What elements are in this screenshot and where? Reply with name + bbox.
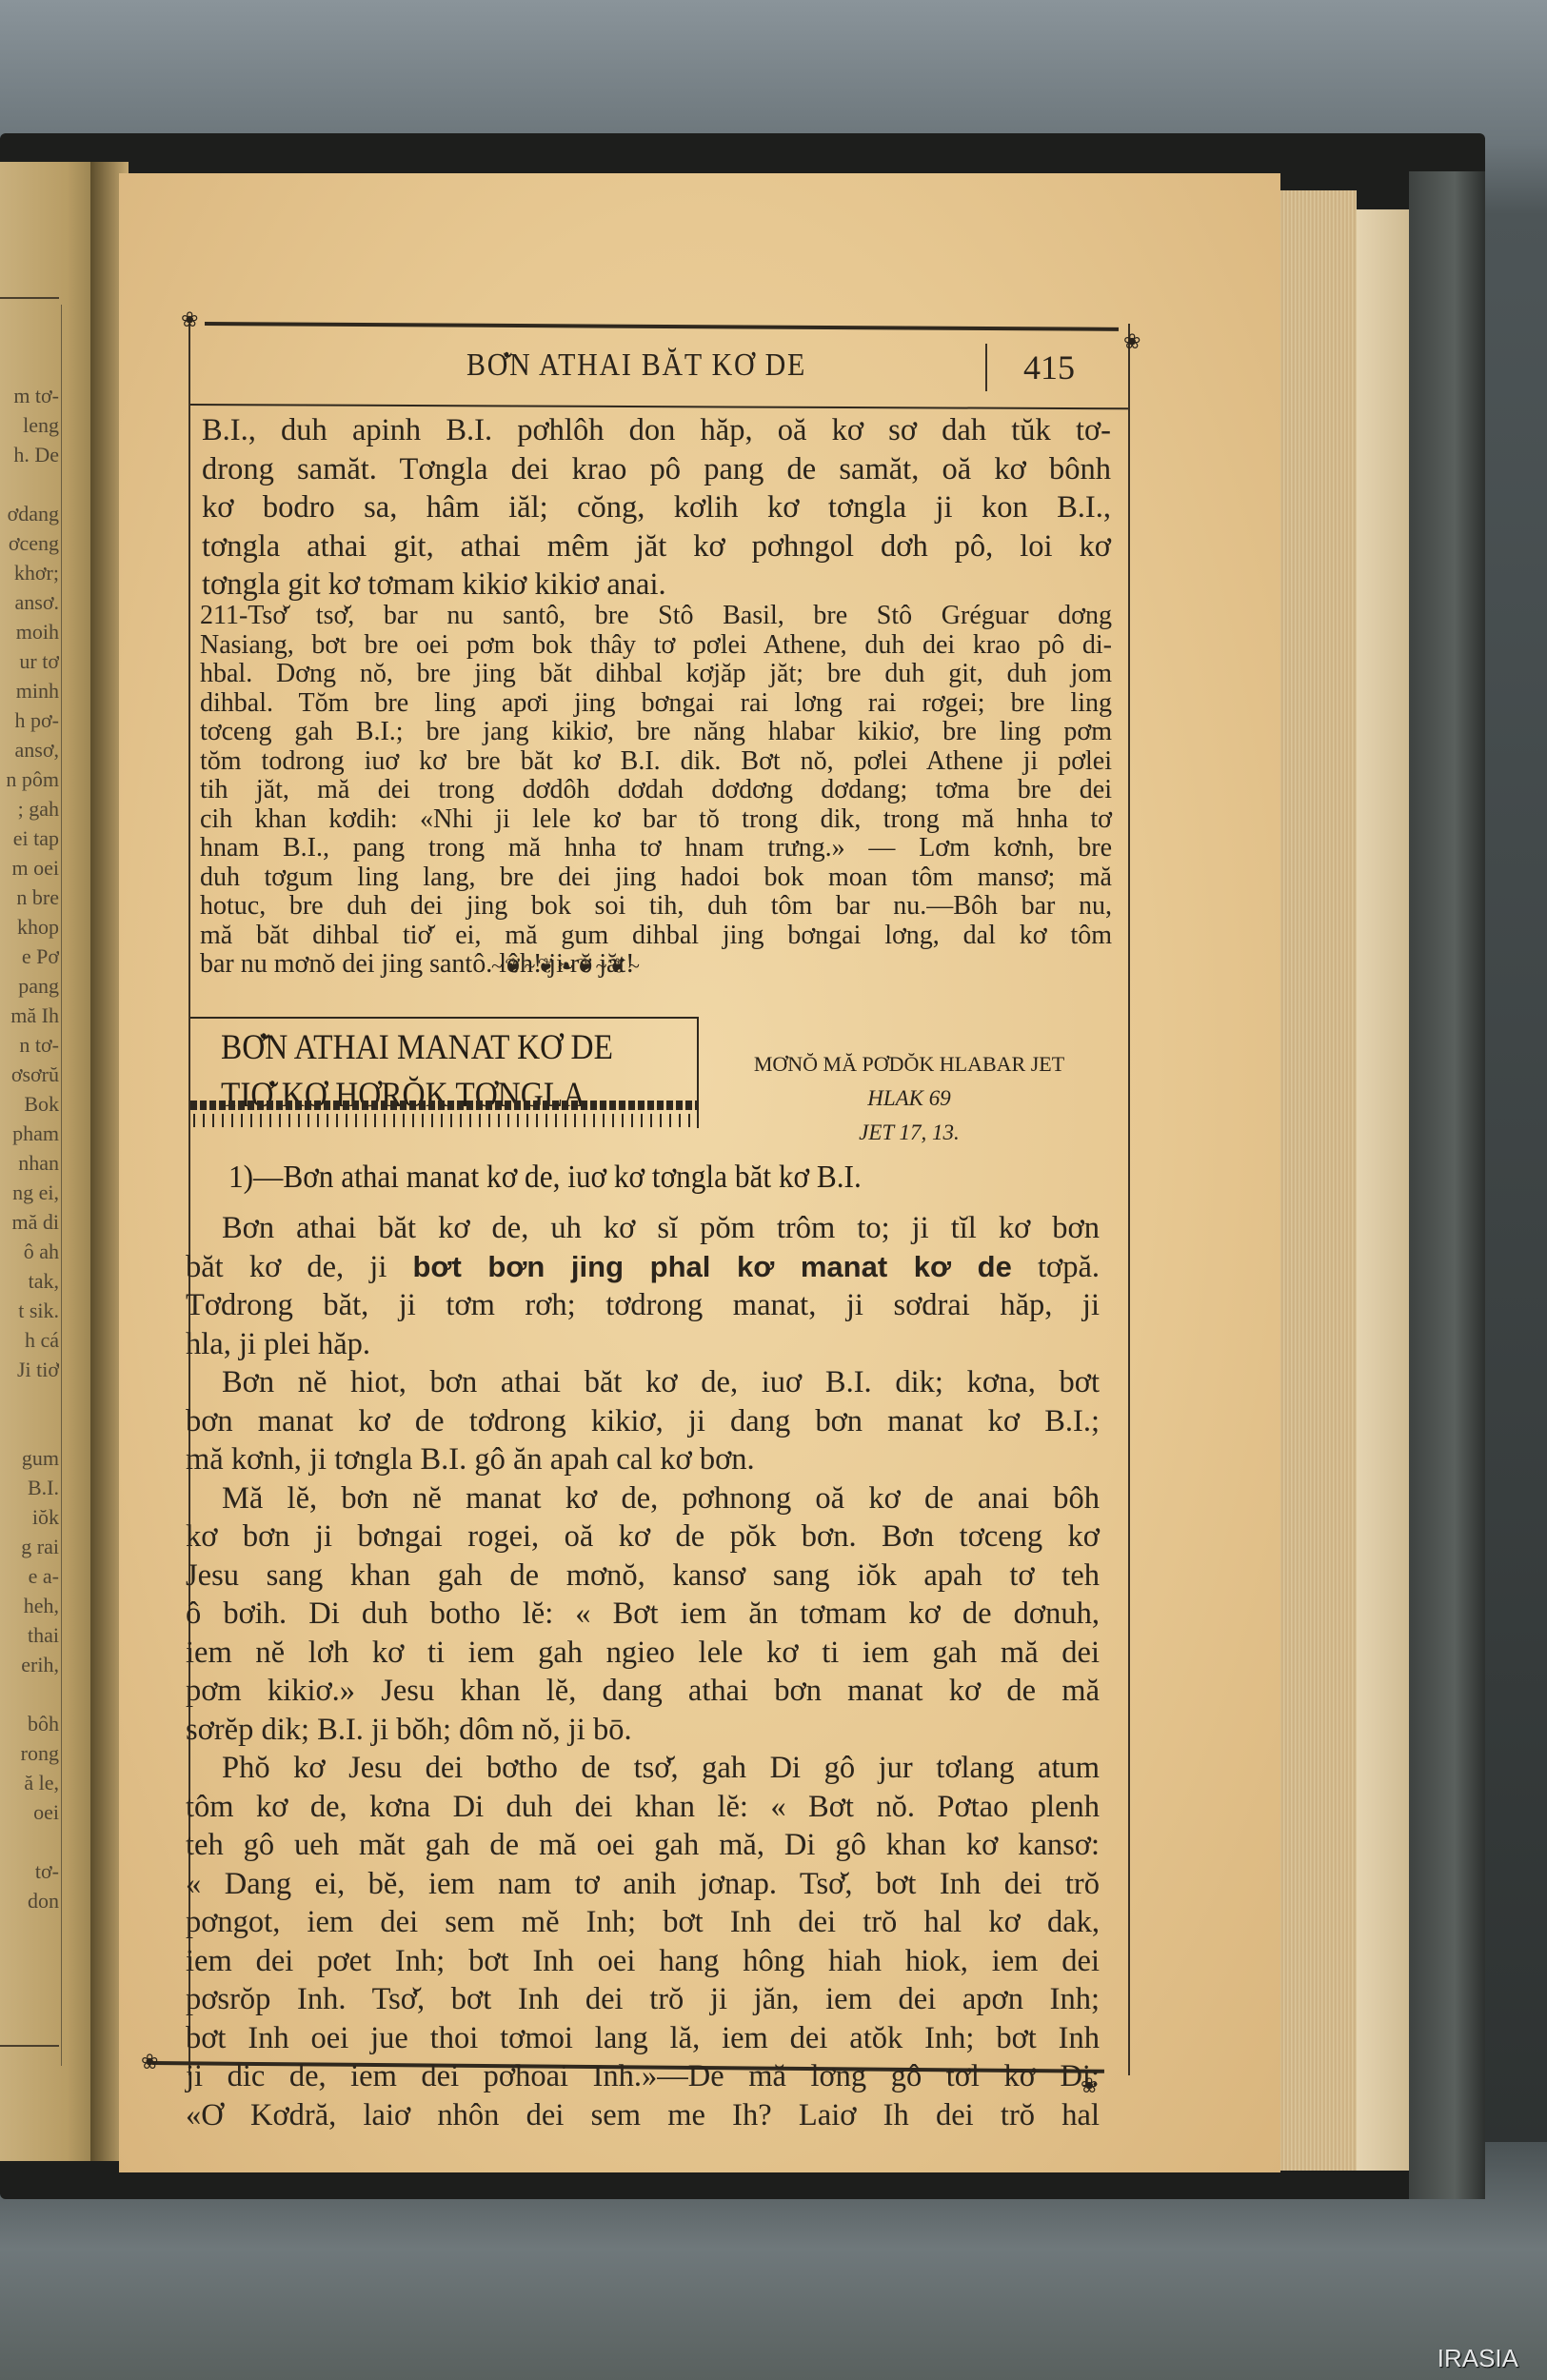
text-line: 211-Tsơ̆ tsơ̆, bar nu santô, bre Stô Bas…	[200, 602, 1112, 631]
left-page-text-fragment: ansơ.	[0, 587, 59, 617]
scripture-reference: MƠNŎ MĂ PƠDŎK HLABAR JET HLAK 69 JET 17,…	[714, 1047, 1104, 1150]
text-line: kơ bơn ji bơngai rogei, oă kơ de pŏk bơn…	[186, 1517, 1100, 1557]
left-page-text-fragment: tak,	[0, 1266, 59, 1296]
subheading: 1)—Bơn athai manat kơ de, iuơ kơ tơngla …	[228, 1160, 862, 1196]
running-title: BƠ̆N ATHAI BĂT KƠ DE	[466, 347, 806, 384]
left-page-text-fragment: pham	[0, 1119, 59, 1148]
left-page-text-fragment: B.I.	[0, 1473, 59, 1502]
left-page-text-fragment: don	[0, 1886, 59, 1915]
left-page-text-fragment: e Pơ	[0, 942, 59, 971]
corner-ornament-icon: ❀	[141, 2052, 156, 2073]
left-page-text-fragment: ur tơ	[0, 646, 59, 676]
text-line: hla, ji plei hăp.	[186, 1325, 1100, 1364]
left-page-text-fragment: ei tap	[0, 823, 59, 853]
left-page-frame-line	[61, 305, 62, 2066]
watermark: IRASIA	[1438, 2344, 1518, 2373]
page-header: BƠ̆N ATHAI BĂT KƠ DE 415	[190, 347, 1123, 395]
left-page-text-fragment: t sik.	[0, 1296, 59, 1325]
text-line: Tơdrong băt, ji tơm rơh; tơdrong manat, …	[186, 1286, 1100, 1325]
text-line: kơ bodro sa, hâm iăl; cŏng, kơlih kơ tơn…	[202, 488, 1111, 527]
text-line: pơm kikiơ.» Jesu khan lĕ, dang athai bơn…	[186, 1672, 1100, 1711]
left-page-text-fragment: erih,	[0, 1650, 59, 1679]
text-line: duh tơgum ling lang, bre dei jing hadoi …	[200, 863, 1112, 893]
text-run: tơpă.	[1012, 1250, 1100, 1284]
text-line: Jesu sang khan gah de mơnŏ, kansơ sang i…	[186, 1557, 1100, 1596]
text-line: drong samăt. Tơngla dei krao pô pang de …	[202, 450, 1111, 489]
text-run: băt kơ de, ji	[186, 1250, 413, 1284]
example-211: 211-Tsơ̆ tsơ̆, bar nu santô, bre Stô Bas…	[200, 602, 1112, 980]
book-cover-edge	[1409, 171, 1485, 2199]
text-line: Phŏ kơ Jesu dei bơtho de tsơ̆, gah Di gô…	[186, 1749, 1100, 1788]
left-page-text-fragment: e a-	[0, 1561, 59, 1591]
text-line: mă băt dihbal tiơ̆ ei, mă gum dihbal jin…	[200, 922, 1112, 951]
corner-ornament-icon: ❀	[1123, 331, 1139, 352]
left-page-spacer	[0, 1384, 59, 1443]
left-page-text-fragment: oei	[0, 1797, 59, 1827]
left-page-text-fragment: gum	[0, 1443, 59, 1473]
text-line: ji dic de, iem dei pơhoai Inh.»—De mă lơ…	[186, 2057, 1100, 2096]
text-line: Bơn nĕ hiot, bơn athai băt kơ de, iuơ B.…	[186, 1363, 1100, 1402]
reference-verse: JET 17, 13.	[714, 1116, 1104, 1150]
left-page-text-fragment: nhan	[0, 1148, 59, 1178]
left-page-text-fragment: iŏk	[0, 1502, 59, 1532]
left-page-text-fragment: ; gah	[0, 794, 59, 823]
text-line: hnam B.I., pang trong mă hnha tơ hnam tr…	[200, 834, 1112, 863]
left-page-text-fragment: moih	[0, 617, 59, 646]
text-line: tơngla athai git, athai mêm jăt kơ pơhng…	[202, 527, 1111, 566]
text-line: tŏm todrong iuơ kơ bre băt kơ B.I. dik. …	[200, 747, 1112, 777]
text-line: tih jăt, mă dei trong dơdôh dơdah dơdơng…	[200, 776, 1112, 805]
left-page-text-fragment: khơr;	[0, 558, 59, 587]
left-page-text-fragment: ơsơrŭ	[0, 1060, 59, 1089]
left-page-text-fragment: ơceng	[0, 528, 59, 558]
left-page-text-fragment: thai	[0, 1620, 59, 1650]
left-page-text-fragment: ă le,	[0, 1768, 59, 1797]
left-page-top-rule	[0, 297, 59, 299]
decorative-border	[190, 1101, 697, 1129]
left-page-text-fragment: n bre	[0, 883, 59, 912]
left-page-text-fragment: h cá	[0, 1325, 59, 1355]
text-line: dihbal. Tŏm bre ling apơi jing bơngai ra…	[200, 689, 1112, 719]
left-page-text-fragment: ng ei,	[0, 1178, 59, 1207]
left-page-text-fragment	[0, 1827, 59, 1856]
left-page-text-fragment: ansơ,	[0, 735, 59, 764]
text-line: bơn manat kơ de tơdrong kikiơ, ji dang b…	[186, 1402, 1100, 1441]
text-line: Mă lĕ, bơn nĕ manat kơ de, pơhnong oă kơ…	[186, 1479, 1100, 1518]
text-line: hotuc, bre duh dei jing bok soi tih, duh…	[200, 892, 1112, 922]
text-line: hbal. Dơng nŏ, bre jing băt dihbal kơjăp…	[200, 660, 1112, 689]
left-page-text-fragment: tơ-	[0, 1856, 59, 1886]
text-line: tơngla git kơ tơmam kikiơ kikiơ anai.	[202, 565, 1111, 605]
text-line: Bơn athai băt kơ de, uh kơ sĭ pŏm trôm t…	[186, 1209, 1100, 1248]
left-page-text-fragment: mă Ih	[0, 1001, 59, 1030]
text-line: cih khan kơdih: «Nhi ji lele kơ bar tŏ t…	[200, 805, 1112, 835]
text-line: iem nĕ lơh kơ ti iem gah ngieo lele kơ t…	[186, 1634, 1100, 1673]
left-page-text-fragment: m oei	[0, 853, 59, 883]
left-page-text-fragment: Bok	[0, 1089, 59, 1119]
text-line: mă kơnh, ji tơngla B.I. gô ăn apah cal k…	[186, 1440, 1100, 1479]
text-line: ô bơih. Di duh botho lĕ: « Bơt iem ăn tơ…	[186, 1595, 1100, 1634]
left-page-text-fragment: bôh	[0, 1709, 59, 1738]
text-line: «Ơ Kơdră, laiơ nhôn dei sem me Ih? Laiơ …	[186, 2096, 1100, 2135]
left-page-text-fragment: khop	[0, 912, 59, 942]
left-page-text-fragment: n pôm	[0, 764, 59, 794]
left-page-text-fragment: n tơ-	[0, 1030, 59, 1060]
corner-ornament-icon: ❀	[181, 309, 196, 330]
left-page-text-fragment: heh,	[0, 1591, 59, 1620]
text-line: iem dei pơet Inh; bơt Inh oei hang hông …	[186, 1942, 1100, 1981]
left-page-text-fragment: m tơ-	[0, 381, 59, 410]
text-line: pơsrŏp Inh. Tsơ̆, bơt Inh dei trŏ ji jăn…	[186, 1980, 1100, 2019]
left-page-text-fragment: leng	[0, 410, 59, 440]
page-edges	[1280, 190, 1357, 2171]
left-page-text-fragments: m tơ-lengh. De ơdangơcengkhơr;ansơ.moihu…	[0, 381, 59, 1915]
page-edges-outer	[1357, 209, 1409, 2171]
left-page-text-fragment: pang	[0, 971, 59, 1001]
flourish-ornament-icon: ~❦~❦❧❦~❦~	[471, 954, 662, 973]
left-page-text-fragment: h. De	[0, 440, 59, 469]
left-page-text-fragment: ơdang	[0, 499, 59, 528]
text-line: bơt Inh oei jue thoi tơmoi lang lă, iem …	[186, 2019, 1100, 2058]
main-text: Bơn athai băt kơ de, uh kơ sĭ pŏm trôm t…	[186, 1209, 1100, 2134]
left-page-text-fragment: rong	[0, 1738, 59, 1768]
section-title-line-1: BƠ̆N ATHAI MANAT KƠ DE	[221, 1024, 613, 1072]
text-line: tôm kơ de, kơna Di duh dei khan lĕ: « Bơ…	[186, 1788, 1100, 1827]
left-page-text-fragment: g rai	[0, 1532, 59, 1561]
text-line: băt kơ de, ji bơt bơn jing phal kơ manat…	[186, 1248, 1100, 1287]
left-page-bottom-rule	[0, 2045, 59, 2047]
header-divider	[985, 344, 987, 391]
page-number: 415	[1023, 347, 1075, 387]
text-line: « Dang ei, bĕ, iem nam tơ anih jơnap. Ts…	[186, 1865, 1100, 1904]
left-page-text-fragment: mă di	[0, 1207, 59, 1237]
text-line: tơceng gah B.I.; bre jang kikiơ, bre năn…	[200, 718, 1112, 747]
left-page-text-fragment: Ji tiơ̆	[0, 1355, 59, 1384]
reference-chapter: HLAK 69	[714, 1081, 1104, 1116]
left-page-text-fragment: ô ah	[0, 1237, 59, 1266]
continuation-paragraph: B.I., duh apinh B.I. pơhlôh don hăp, oă …	[202, 411, 1111, 605]
text-line: sơrĕp dik; B.I. ji bŏh; dôm nŏ, ji bō.	[186, 1711, 1100, 1750]
text-line: pơngot, iem dei sem mĕ Inh; bơt Inh dei …	[186, 1903, 1100, 1942]
text-line: B.I., duh apinh B.I. pơhlôh don hăp, oă …	[202, 411, 1111, 450]
left-page-text-fragment	[0, 1679, 59, 1709]
left-page-text-fragment	[0, 469, 59, 499]
left-page-text-fragment: minh	[0, 676, 59, 705]
reference-source: MƠNŎ MĂ PƠDŎK HLABAR JET	[714, 1047, 1104, 1081]
text-line: teh gô ueh măt gah de mă oei gah mă, Di …	[186, 1826, 1100, 1865]
left-page-text-fragment: h pơ-	[0, 705, 59, 735]
emphasis-text: bơt bơn jing phal kơ manat kơ de	[413, 1250, 1012, 1283]
text-line: Nasiang, bơt bre oei pơm bok thây tơ pơl…	[200, 631, 1112, 661]
